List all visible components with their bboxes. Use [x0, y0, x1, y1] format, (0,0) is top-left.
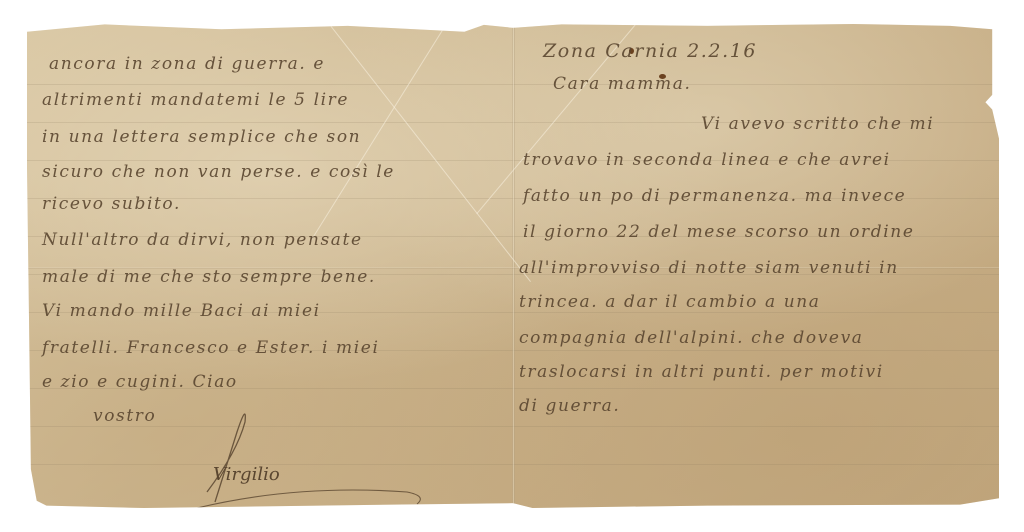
- letter-paper: ancora in zona di guerra. e altrimenti m…: [27, 22, 999, 508]
- letter-line: all'improvviso di notte siam venuti in: [519, 258, 899, 278]
- letter-line: e zio e cugini. Ciao: [42, 372, 238, 392]
- letter-line: fratelli. Francesco e Ester. i miei: [42, 338, 380, 358]
- letter-line: il giorno 22 del mese scorso un ordine: [523, 222, 915, 242]
- closing: vostro: [93, 406, 156, 426]
- letter-line: Null'altro da dirvi, non pensate: [42, 230, 363, 250]
- letter-line: fatto un po di permanenza. ma invece: [523, 186, 906, 206]
- left-page: ancora in zona di guerra. e altrimenti m…: [27, 22, 513, 508]
- letter-line: sicuro che non van perse. e così le: [42, 162, 395, 182]
- letter-line: Vi mando mille Baci ai miei: [42, 301, 321, 321]
- letter-line: altrimenti mandatemi le 5 lire: [42, 90, 349, 110]
- letter-line: Vi avevo scritto che mi: [701, 114, 934, 134]
- place-date: Zona Carnia 2.2.16: [543, 40, 757, 62]
- letter-line: in una lettera semplice che son: [42, 127, 361, 147]
- letter-scan: ancora in zona di guerra. e altrimenti m…: [0, 0, 1024, 532]
- letter-line: trincea. a dar il cambio a una: [519, 292, 821, 312]
- letter-line: compagnia dell'alpini. che doveva: [519, 328, 864, 348]
- signature-flourish: [177, 392, 437, 512]
- letter-line: ancora in zona di guerra. e: [49, 54, 325, 74]
- letter-line: trovavo in seconda linea e che avrei: [523, 150, 891, 170]
- letter-line: di guerra.: [519, 396, 620, 416]
- letter-line: male di me che sto sempre bene.: [42, 267, 376, 287]
- salutation: Cara mamma.: [553, 74, 691, 94]
- right-page: Zona Carnia 2.2.16 Cara mamma. Vi avevo …: [515, 22, 999, 508]
- letter-line: ricevo subito.: [42, 194, 181, 214]
- letter-line: traslocarsi in altri punti. per motivi: [519, 362, 884, 382]
